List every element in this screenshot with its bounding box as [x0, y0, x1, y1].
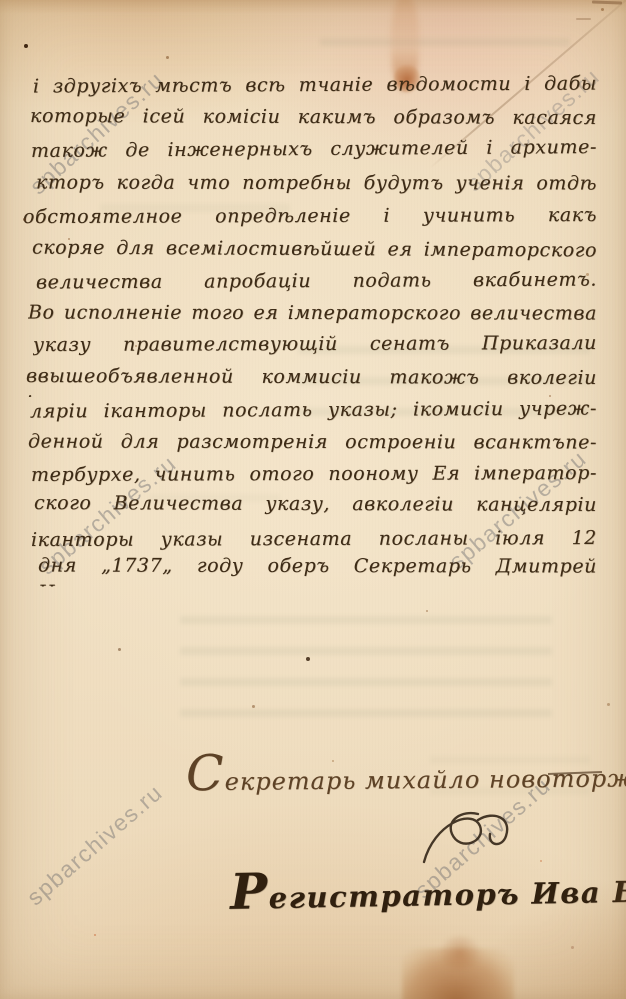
bleed-through	[320, 22, 570, 66]
paper-speck	[24, 44, 28, 48]
manuscript-page: spbarchives.ru spbarchives.ru spbarchive…	[0, 0, 626, 999]
paper-speck	[166, 56, 169, 59]
manuscript-line-6: скоряе для всемілостивѣйшей ея імператор…	[32, 235, 597, 272]
paper-speck	[94, 934, 96, 936]
manuscript-line-5: обстоятелное опредѣленіе і учинить какъ …	[23, 202, 597, 238]
manuscript-line-4: кторъ когда что потребны будутъ ученія о…	[36, 170, 597, 205]
manuscript-line-14: ского Величества указу, авколегіи канцел…	[34, 490, 597, 526]
pencil-mark	[576, 18, 591, 20]
paper-speck	[571, 946, 574, 949]
paper-speck	[306, 657, 310, 661]
signature-registrar: Регистраторъ Ива Борисовъ	[230, 853, 626, 921]
manuscript-line-2: которые ісей комісіи какимъ образомъ кас…	[30, 103, 597, 139]
manuscript-line-11: ляріи іканторы послать указы; ікомисіи у…	[30, 396, 597, 433]
paper-speck	[118, 648, 121, 651]
pencil-mark	[592, 0, 622, 4]
manuscript-line-7: величества апробаціи подать вкабинетъ.	[36, 267, 597, 304]
manuscript-line-12: денной для разсмотренія остроеніи всанкт…	[28, 429, 597, 464]
paper-speck	[607, 703, 610, 706]
manuscript-line-16: дня „1737„ году оберъ Секретарь Дмитрей …	[38, 553, 597, 588]
signature-secretary: Секретарь михайло новоторжцовъ	[186, 740, 626, 802]
paper-speck	[601, 8, 604, 11]
bleed-through	[180, 600, 552, 732]
manuscript-line-8: Во исполненіе того ея імператорского вел…	[28, 300, 597, 335]
manuscript-line-9: указу правителствующій сенатъ Приказали	[33, 330, 597, 366]
manuscript-line-1: і здругіхъ мѣстъ всѣ тчаніе вѣдомости і …	[33, 71, 597, 108]
paper-speck	[426, 610, 428, 612]
stain-bottom-halo	[438, 936, 482, 970]
manuscript-line-3: також де інженерныхъ служителей і архите…	[31, 134, 597, 172]
manuscript-line-10: ввышеобъявленной коммисіи такожъ вколегі…	[26, 363, 597, 399]
watermark-text: spbarchives.ru	[22, 779, 168, 911]
paper-speck	[252, 705, 255, 708]
